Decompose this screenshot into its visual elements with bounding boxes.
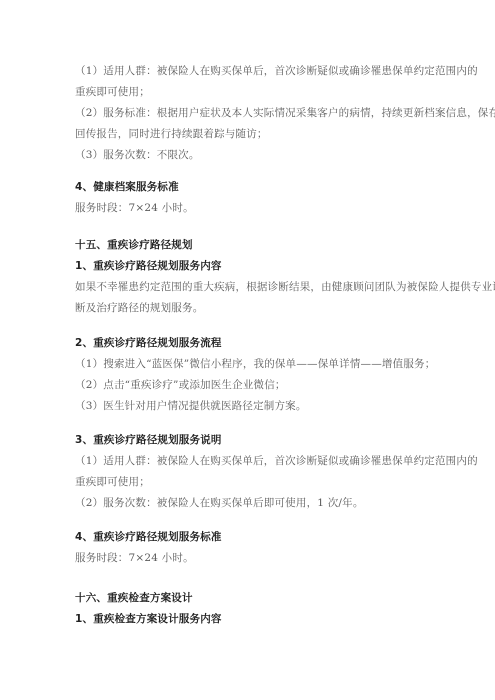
- paragraph-line: （2）服务标准：根据用户症状及本人实际情况采集客户的病情，持续更新档案信息，保存: [75, 106, 425, 120]
- paragraph-line: 服务时段：7×24 小时。: [75, 551, 425, 565]
- paragraph-line: （1）搜索进入“蓝医保”微信小程序，我的保单——保单详情——增值服务；: [75, 357, 425, 371]
- paragraph-line: （1）适用人群：被保险人在购买保单后，首次诊断疑似或确诊罹患保单约定范围内的: [75, 64, 425, 78]
- paragraph-line: （3）服务次数：不限次。: [75, 148, 425, 162]
- section-heading: 3、重疾诊疗路径规划服务说明: [75, 433, 425, 447]
- section-heading: 1、重疾诊疗路径规划服务内容: [75, 259, 425, 273]
- paragraph-line: 重疾即可使用；: [75, 475, 425, 489]
- section-heading: 4、重疾诊疗路径规划服务标准: [75, 530, 425, 544]
- paragraph-line: 重疾即可使用；: [75, 85, 425, 99]
- paragraph-line: （2）点击“重疾诊疗”或添加医生企业微信；: [75, 378, 425, 392]
- document-page: （1）适用人群：被保险人在购买保单后，首次诊断疑似或确诊罹患保单约定范围内的 重…: [0, 0, 495, 700]
- paragraph-line: 回传报告，同时进行持续跟着踪与随访；: [75, 127, 425, 141]
- section-heading: 1、重疾检查方案设计服务内容: [75, 612, 425, 626]
- chapter-heading: 十五、重疾诊疗路径规划: [75, 238, 425, 252]
- paragraph-line: 断及治疗路径的规划服务。: [75, 301, 425, 315]
- section-heading: 4、健康档案服务标准: [75, 180, 425, 194]
- chapter-heading: 十六、重疾检查方案设计: [75, 591, 425, 605]
- paragraph-line: （3）医生针对用户情况提供就医路径定制方案。: [75, 399, 425, 413]
- paragraph-line: 如果不幸罹患约定范围的重大疾病，根据诊断结果，由健康顾问团队为被保险人提供专业诊: [75, 280, 425, 294]
- paragraph-line: （2）服务次数：被保险人在购买保单后即可使用，1 次/年。: [75, 496, 425, 510]
- paragraph-line: （1）适用人群：被保险人在购买保单后，首次诊断疑似或确诊罹患保单约定范围内的: [75, 454, 425, 468]
- section-heading: 2、重疾诊疗路径规划服务流程: [75, 336, 425, 350]
- paragraph-line: 服务时段：7×24 小时。: [75, 201, 425, 215]
